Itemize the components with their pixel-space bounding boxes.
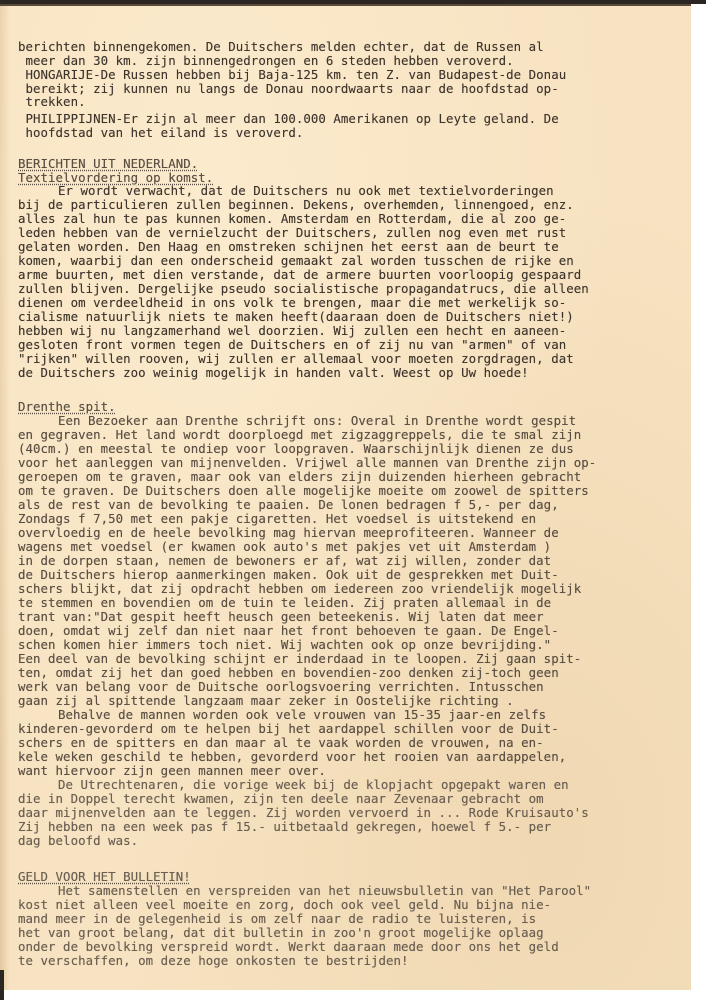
paragraph-line: zullen blijven. Dergelijke pseudo social… bbox=[18, 282, 589, 296]
paragraph-line: gaan zij al spittende langzaam maar zeke… bbox=[18, 694, 514, 708]
paragraph-line: werk van belang voor de Duitsche oorlogs… bbox=[18, 680, 544, 694]
paragraph-line: te verschaffen, om deze hoge onkosten te… bbox=[18, 954, 409, 968]
paragraph-line: bij de particulieren zullen beginnen. De… bbox=[18, 198, 574, 212]
paragraph-line: overvloedig en de heele bevolking mag hi… bbox=[18, 526, 559, 540]
paragraph-line: schers en de spitters en dan maar al te … bbox=[18, 736, 544, 750]
paragraph-line: kinderen-gevorderd om te helpen bij het … bbox=[18, 722, 559, 736]
paragraph-line: de Duitschers zoo weinig mogelijk in han… bbox=[18, 366, 529, 380]
paragraph-line: in de dorpen staan, nemen de bewoners er… bbox=[18, 554, 551, 568]
paragraph-line: geroepen om te graven, maar ook van elde… bbox=[18, 470, 581, 484]
intro-line: meer dan 30 km. zijn binnengedrongen en … bbox=[18, 54, 514, 68]
paragraph-line: het van groot belang, dat dit bulletin i… bbox=[18, 926, 544, 940]
paragraph-line: te stemmen en bovendien om de tuin te le… bbox=[18, 596, 551, 610]
paragraph-line: schen komen hier immers toch niet. Wij w… bbox=[18, 638, 551, 652]
paragraph-line: De Utrechtenaren, die vorige week bij de… bbox=[58, 778, 569, 792]
intro-line: berichten binnengekomen. De Duitschers m… bbox=[18, 40, 544, 54]
paragraph-line: mand meer in de gelegenheid is om zelf n… bbox=[18, 912, 536, 926]
paragraph-line: Het samenstellen en verspreiden van het … bbox=[58, 884, 591, 898]
paragraph-line: kost niet alleen veel moeite en zorg, do… bbox=[18, 898, 551, 912]
paragraph-line: de Duitschers hierop aanmerkingen maken.… bbox=[18, 568, 559, 582]
paragraph-line: dienen om verdeeldheid in ons volk te br… bbox=[18, 296, 566, 310]
paragraph-line: Zij hebben na een week pas f 15.- uitbet… bbox=[18, 820, 551, 834]
paragraph-line: doen, omdat wij zelf dan niet naar het f… bbox=[18, 624, 559, 638]
paragraph-line: komen, waarbij dan een onderscheid gemaa… bbox=[18, 254, 574, 268]
paragraph-line: gelaten worden. Den Haag en omstreken sc… bbox=[18, 240, 559, 254]
paragraph-line: leden hebben van de vernielzucht der Dui… bbox=[18, 226, 566, 240]
paragraph-line: schers blijkt, dat zij opdracht hebben o… bbox=[18, 582, 581, 596]
paragraph-line: voor het aanleggen van mijnenvelden. Vri… bbox=[18, 456, 596, 470]
intro-line: hoofdstad van het eiland is veroverd. bbox=[18, 126, 303, 140]
paragraph-line: hebben wij nu langzamerhand wel doorzien… bbox=[18, 324, 566, 338]
section-heading-nederland: BERICHTEN UIT NEDERLAND. bbox=[18, 157, 198, 171]
scan-bottom-left-edge bbox=[0, 970, 4, 1000]
paragraph-line: Een Bezoeker aan Drenthe schrijft ons: O… bbox=[58, 414, 576, 428]
paragraph-line: Zondags f 7,50 met een pakje cigaretten.… bbox=[18, 512, 536, 526]
intro-line: PHILIPPIJNEN-Er zijn al meer dan 100.000… bbox=[18, 112, 559, 126]
paragraph-line: en gegraven. Het land wordt doorploegd m… bbox=[18, 428, 581, 442]
intro-line: bereikt; zij kunnen nu langs de Donau no… bbox=[18, 82, 559, 96]
paragraph-line: om te graven. De Duitschers doen alle mo… bbox=[18, 484, 589, 498]
paragraph-line: dag beloofd was. bbox=[18, 834, 138, 848]
paragraph-line: cialisme natuurlijk niets te maken heeft… bbox=[18, 310, 574, 324]
paragraph-line: onder de bevolking verspreid wordt. Werk… bbox=[18, 940, 559, 954]
paragraph-line: arme buurten, met dien verstande, dat de… bbox=[18, 268, 581, 282]
paragraph-line: alles zal hun te pas kunnen komen. Amste… bbox=[18, 212, 566, 226]
typewritten-page: berichten binnengekomen. De Duitschers m… bbox=[0, 4, 691, 990]
section-heading-geld: GELD VOOR HET BULLETIN! bbox=[18, 870, 191, 884]
paragraph-line: daar mijnenvelden aan te leggen. Zij wor… bbox=[18, 806, 589, 820]
section-heading-drenthe: Drenthe spit. bbox=[18, 400, 116, 414]
paragraph-line: Een deel van de bevolking schijnt er ind… bbox=[18, 652, 581, 666]
paragraph-line: trant van:"Dat gespit heeft heusch geen … bbox=[18, 610, 544, 624]
paragraph-line: die in Doppel terecht kwamen, zijn ten d… bbox=[18, 792, 544, 806]
intro-line: HONGARIJE-De Russen hebben bij Baja-125 … bbox=[18, 68, 566, 82]
paragraph-line: want hiervoor zijn geen mannen meer over… bbox=[18, 764, 326, 778]
paragraph-line: "rijken" willen rooven, wij zullen er al… bbox=[18, 352, 574, 366]
paragraph-line: ten, omdat zij het dan goed hebben en bo… bbox=[18, 666, 559, 680]
paragraph-line: kele weken geschild te hebben, gevorderd… bbox=[18, 750, 566, 764]
paragraph-line: Er wordt verwacht, dat de Duitschers nu … bbox=[58, 184, 554, 198]
paragraph-line: gesloten front vormen tegen de Duitscher… bbox=[18, 338, 566, 352]
paragraph-line: Behalve de mannen worden ook vele vrouwe… bbox=[58, 708, 546, 722]
paragraph-line: als de rest van de bevolking te paaien. … bbox=[18, 498, 559, 512]
intro-line: trekken. bbox=[18, 95, 86, 109]
paragraph-line: (40cm.) en meestal te ondiep voor loopgr… bbox=[18, 442, 574, 456]
paragraph-line: wagens met voedsel (er kwamen ook auto's… bbox=[18, 540, 551, 554]
